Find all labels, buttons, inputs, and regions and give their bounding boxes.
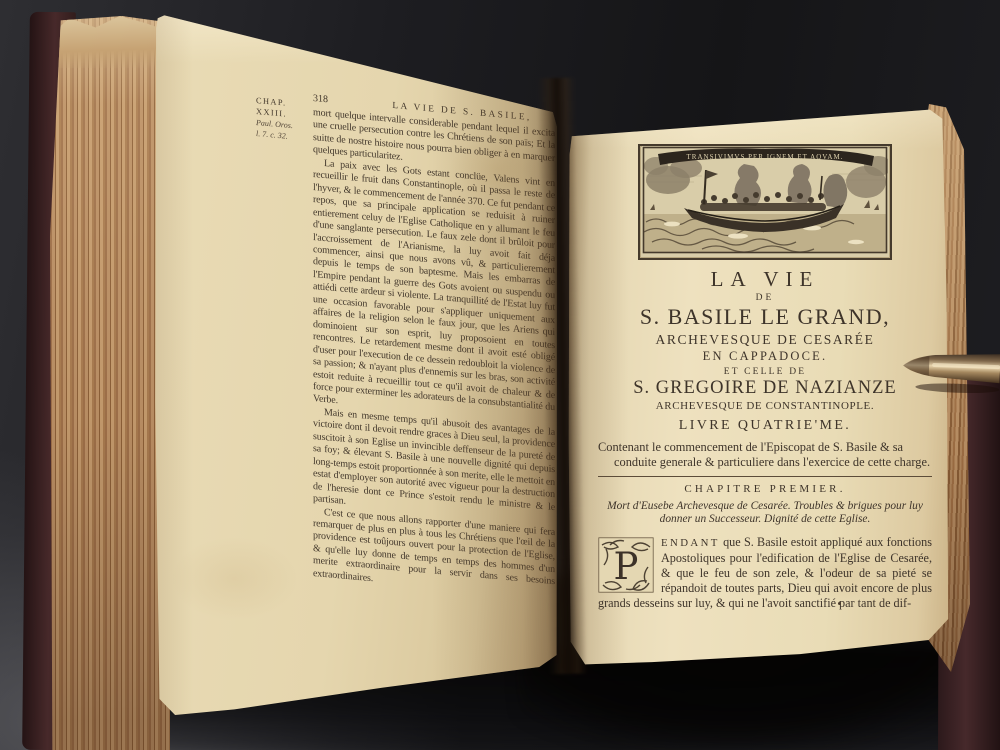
right-page-text-block: TRANSIVIMVS PER IGNEM ET AQVAM. bbox=[598, 144, 932, 611]
title-line: EN CAPPADOCE. bbox=[598, 349, 932, 364]
drop-cap-ornament: P bbox=[598, 537, 654, 593]
pointer-tip bbox=[903, 355, 930, 375]
title-line: S. BASILE LE GRAND, bbox=[598, 304, 932, 330]
ink-speck bbox=[838, 602, 841, 605]
headpiece-engraving: TRANSIVIMVS PER IGNEM ET AQVAM. bbox=[638, 144, 892, 260]
section-rule bbox=[598, 476, 932, 477]
title-line: ET CELLE DE bbox=[598, 367, 932, 377]
right-page: TRANSIVIMVS PER IGNEM ET AQVAM. bbox=[566, 104, 956, 670]
book-photograph: CHAP. XXIII. Paul. Oros. l. 7. c. 32. 31… bbox=[0, 0, 1000, 750]
left-page: CHAP. XXIII. Paul. Oros. l. 7. c. 32. 31… bbox=[152, 14, 564, 720]
opening-paragraph: P ENDANT que S. Basile estoit appliqué a… bbox=[598, 535, 932, 611]
title-line: S. GREGOIRE DE NAZIANZE bbox=[598, 378, 932, 399]
title-line: ARCHEVESQUE DE CONSTANTINOPLE. bbox=[598, 400, 932, 412]
title-line: LIVRE QUATRIE'ME. bbox=[598, 418, 932, 434]
text-column: mort quelque intervalle considerable pen… bbox=[313, 107, 555, 601]
pointer-shadow bbox=[915, 382, 999, 394]
brass-pointer bbox=[899, 344, 1000, 395]
chapter-heading: CHAPITRE PREMIER. bbox=[598, 483, 932, 495]
title-line: LA VIE bbox=[598, 267, 932, 292]
opening-word: ENDANT bbox=[661, 537, 720, 549]
banner-motto: TRANSIVIMVS PER IGNEM ET AQVAM. bbox=[687, 153, 844, 161]
margin-notes: CHAP. XXIII. Paul. Oros. l. 7. c. 32. bbox=[256, 95, 310, 144]
title-line: ARCHEVESQUE DE CESARÉE bbox=[598, 332, 932, 348]
page-number: 318 bbox=[313, 93, 369, 109]
chapter-argument: Mort d'Eusebe Archevesque de Cesarée. Tr… bbox=[598, 500, 932, 526]
drop-cap-woodcut: P bbox=[598, 537, 654, 593]
paragraph: La paix avec les Gots estant conclüe, Va… bbox=[313, 157, 555, 427]
title-line: DE bbox=[598, 293, 932, 303]
left-page-edges bbox=[50, 16, 170, 750]
drop-cap-letter: P bbox=[614, 545, 639, 588]
book-argument: Contenant le commencement de l'Episcopat… bbox=[598, 440, 932, 469]
engraving-ship-scene: TRANSIVIMVS PER IGNEM ET AQVAM. bbox=[642, 146, 888, 254]
left-page-text-block: CHAP. XXIII. Paul. Oros. l. 7. c. 32. 31… bbox=[256, 88, 556, 601]
